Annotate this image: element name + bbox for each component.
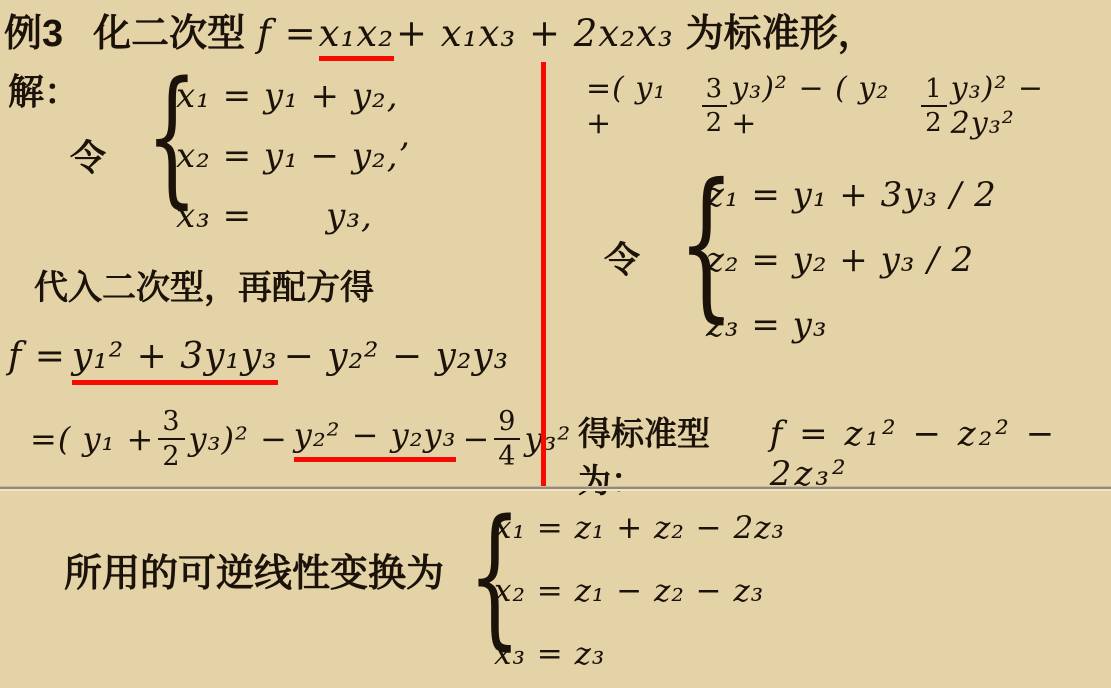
fraction-three-halves: 3 2 [158,408,184,470]
example-label: 例3 [4,2,63,57]
equation-z2: z₂ = y₂ + y₃ / 2 [706,227,997,292]
fraction-denominator: 2 [158,438,184,470]
substitution-system-zy: z₁ = y₁ + 3y₃ / 2 z₂ = y₂ + y₃ / 2 z₃ = … [706,162,997,357]
fraction-numerator: 3 [702,76,728,105]
f-line-rest: − y₂² − y₂y₃ [284,336,509,377]
equation-x2: x₂ = y₁ − y₂,’ [176,126,410,186]
equation-x1: x₁ = y₁ + y₂, [176,66,410,126]
title-suffix: 为标准形， [686,2,876,57]
f-line-underlined: y₁² + 3y₁y₃ [72,336,278,385]
equation-x3-rhs: y₃, [326,196,373,236]
red-column-divider [541,62,546,488]
fraction-denominator: 4 [494,438,520,470]
completed-square-line-right: =( y₁ + 3 2 y₃)² − ( y₂ + 1 2 y₃)² − 2y₃… [586,66,1111,146]
equation-x2z: x₂ = z₁ − z₂ − z₃ [494,559,785,622]
invertible-transform-heading: 所用的可逆线性变换为 [64,542,444,597]
equation-z3: z₃ = y₃ [706,292,997,357]
title-formula-rest: + x₁x₃ + 2x₂x₃ [396,12,674,55]
fraction-numerator: 9 [494,408,520,438]
f-line-lead: f = [8,336,66,377]
substitution-system-xy: x₁ = y₁ + y₂, x₂ = y₁ − y₂,’ x₃ = y₃, [176,66,410,246]
title-row: 例3 化二次型 f = x₁x₂ + x₁x₃ + 2x₂x₃ 为标准形， [4,2,876,61]
let-label-1: 令 [70,130,106,181]
equation-x3-lhs: x₃ = [176,196,252,236]
fraction-numerator: 3 [158,408,184,438]
expand-seg3: − [462,420,490,458]
complete-seg1: =( y₁ + [586,71,698,141]
f-expansion-line: f = y₁² + 3y₁y₃ − y₂² − y₂y₃ [8,336,509,385]
title-formula: f = x₁x₂ + x₁x₃ + 2x₂x₃ [257,12,674,61]
complete-seg2: y₃)² − ( y₂ + [731,71,917,141]
substitute-heading: 代入二次型，再配方得 [34,260,374,309]
equation-z1: z₁ = y₁ + 3y₃ / 2 [706,162,997,227]
fraction-nine-fourths: 9 4 [494,408,520,470]
expand-seg2: y₃)² − [189,420,288,458]
complete-seg3: y₃)² − 2y₃² [951,71,1111,141]
completed-square-line-left: =( y₁ + 3 2 y₃)² − y₂² − y₂y₃ − 9 4 y₃² [30,400,571,478]
solve-label: 解： [8,64,80,115]
lecture-slide: 例3 化二次型 f = x₁x₂ + x₁x₃ + 2x₂x₃ 为标准形， 解：… [0,0,1111,688]
fraction-denominator: 2 [921,105,947,136]
equation-x1z: x₁ = z₁ + z₂ − 2z₃ [494,496,785,559]
title-formula-lead: f = [257,12,316,55]
transform-system-xz: x₁ = z₁ + z₂ − 2z₃ x₂ = z₁ − z₂ − z₃ x₃ … [494,496,785,685]
expand-seg1: =( y₁ + [30,420,154,458]
let-label-2: 令 [604,232,640,283]
title-prefix: 化二次型 [93,2,245,57]
equation-x3: x₃ = y₃, [176,186,410,246]
section-divider [0,486,1111,491]
title-underlined-term: x₁x₂ [319,12,394,61]
expand-underlined: y₂² − y₂y₃ [294,416,457,462]
expand-seg4: y₃² [524,420,571,458]
fraction-denominator: 2 [702,105,728,136]
equation-x3z: x₃ = z₃ [494,622,785,685]
result-formula: f = z₁² − z₂² − 2z₃² [770,414,1111,494]
fraction-numerator: 1 [921,76,947,105]
fraction-three-halves: 3 2 [702,76,728,136]
fraction-one-half: 1 2 [921,76,947,136]
